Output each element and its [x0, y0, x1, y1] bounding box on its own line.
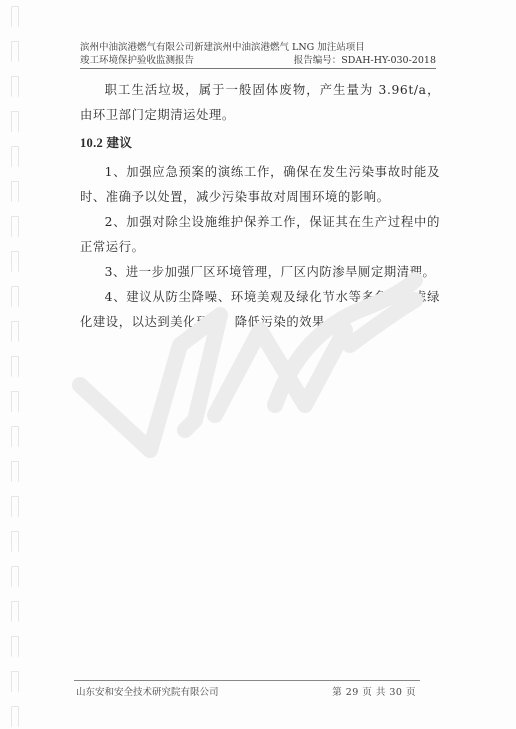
- section-number: 10.2: [80, 136, 103, 150]
- binding-hole-mark: [11, 391, 19, 412]
- binding-hole-mark: [11, 671, 19, 692]
- paragraph-line: 运行。: [106, 240, 145, 254]
- paragraph-line: 设，以达到美化环境、降低污染的效果。: [106, 315, 338, 329]
- report-number-value: SDAH-HY-030-2018: [341, 55, 436, 66]
- binding-hole-mark: [11, 426, 19, 447]
- paragraph-line: 门定期清运处理。: [132, 108, 235, 122]
- binding-hole-mark: [11, 6, 19, 27]
- binding-hole-mark: [11, 286, 19, 307]
- report-number: 报告编号：SDAH-HY-030-2018: [294, 54, 436, 67]
- organization-name: 山东安和安全技术研究院有限公司: [76, 684, 219, 698]
- paragraph-line: 3、进一步加强厂区环境管理，厂区内防渗旱厕定期清理。: [105, 265, 436, 279]
- binding-hole-mark: [11, 636, 19, 657]
- page-footer: 山东安和安全技术研究院有限公司 第 29 页 共 30 页: [76, 684, 416, 698]
- page-number: 第 29 页 共 30 页: [332, 684, 416, 698]
- document-page: 滨州中油滨港燃气有限公司新建滨州中油滨港燃气 LNG 加注站项目 竣工环境保护验…: [0, 0, 516, 729]
- binding-hole-mark: [11, 566, 19, 587]
- recommendation-3: 3、进一步加强厂区环境管理，厂区内防渗旱厕定期清理。: [80, 260, 440, 285]
- report-number-label: 报告编号：: [294, 55, 342, 66]
- page-body: 职工生活垃圾，属于一般固体废物，产生量为 3.96t/a，由环卫部门定期清运处理…: [80, 78, 440, 335]
- binding-hole-mark: [11, 251, 19, 272]
- binding-hole-mark: [11, 461, 19, 482]
- report-title: 竣工环境保护验收监测报告: [80, 54, 194, 67]
- project-title: 滨州中油滨港燃气有限公司新建滨州中油滨港燃气 LNG 加注站项目: [80, 41, 436, 54]
- binding-hole-mark: [11, 321, 19, 342]
- footer-divider: [74, 680, 420, 681]
- recommendation-2: 2、加强对除尘设施维护保养工作，保证其在生产过程中的正常运行。: [80, 210, 440, 260]
- binding-hole-mark: [11, 41, 19, 62]
- section-heading: 10.2 建议: [80, 131, 440, 156]
- binding-hole-mark: [11, 531, 19, 552]
- recommendation-4: 4、建议从防尘降噪、环境美观及绿化节水等多角度考虑绿化建设，以达到美化环境、降低…: [80, 285, 440, 335]
- binding-hole-mark: [11, 146, 19, 167]
- binding-hole-mark: [11, 76, 19, 97]
- paragraph-line: 准确予以处置，减少污染事故对周围环境的影响。: [106, 190, 390, 204]
- recommendation-1: 1、加强应急预案的演练工作，确保在发生污染事故时能及时、准确予以处置，减少污染事…: [80, 160, 440, 210]
- binding-hole-mark: [11, 496, 19, 517]
- page-header: 滨州中油滨港燃气有限公司新建滨州中油滨港燃气 LNG 加注站项目 竣工环境保护验…: [80, 41, 436, 67]
- paragraph-waste: 职工生活垃圾，属于一般固体废物，产生量为 3.96t/a，由环卫部门定期清运处理…: [80, 78, 440, 128]
- header-divider: [80, 68, 436, 69]
- binding-hole-mark: [11, 181, 19, 202]
- binding-hole-mark: [11, 356, 19, 377]
- section-title: 建议: [107, 136, 133, 150]
- binding-hole-mark: [11, 216, 19, 237]
- binding-hole-mark: [11, 111, 19, 132]
- binding-margin: [9, 0, 21, 729]
- binding-hole-mark: [11, 601, 19, 622]
- binding-hole-mark: [11, 706, 19, 727]
